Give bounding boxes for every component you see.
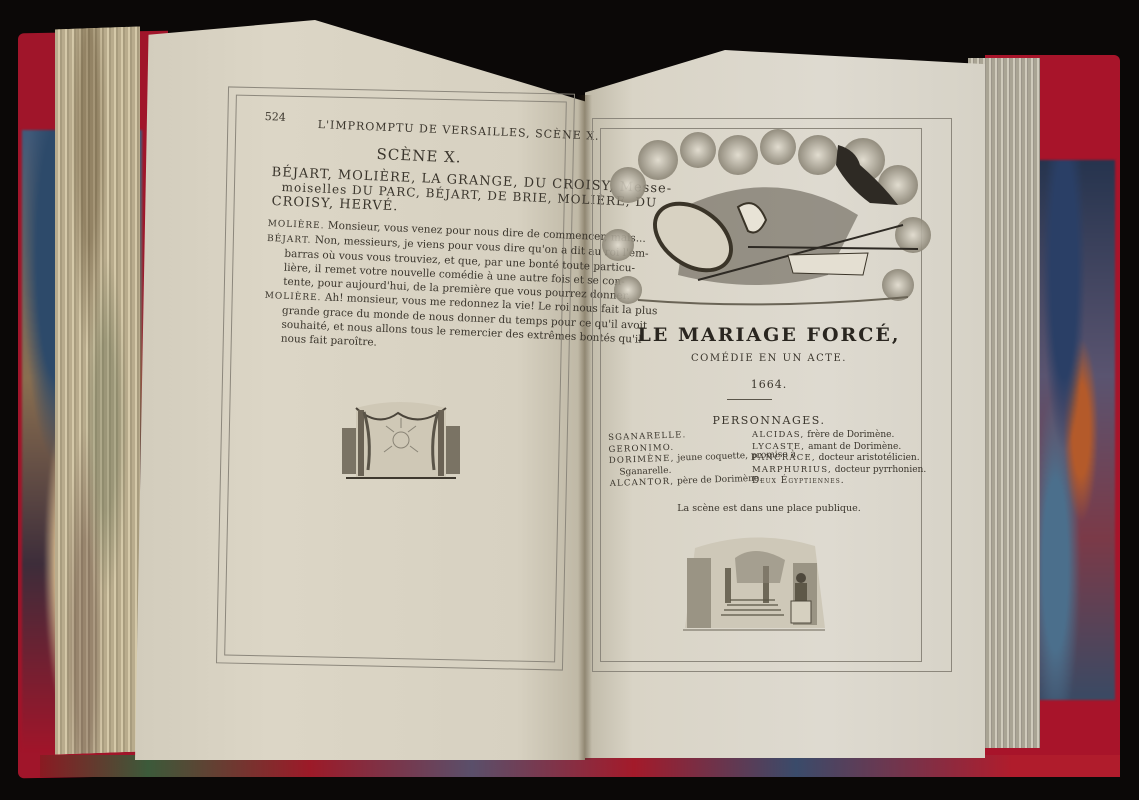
speaker: MOLIÈRE. <box>264 291 321 303</box>
divider-rule <box>727 399 772 400</box>
cast-item: MARPHURIUS, docteur pyrrhonien. <box>752 465 922 477</box>
play-year: 1664. <box>610 378 928 391</box>
theatre-stage-vignette-icon <box>338 398 463 490</box>
garden-stairs-vignette-icon <box>675 528 835 640</box>
cast-list-right: ALCIDAS, frère de Dorimène. LYCASTE, ama… <box>752 430 922 488</box>
cast-item: ALCIDAS, frère de Dorimène. <box>752 430 922 442</box>
marbled-fore-edge-left <box>55 27 140 755</box>
personnages-heading: PERSONNAGES. <box>610 414 928 427</box>
scene-note: La scène est dans une place publique. <box>610 503 928 514</box>
cast-item: Deux Égyptiennes. <box>752 476 922 488</box>
scene-heading: SCÈNE X. <box>376 145 462 167</box>
marbled-board-right <box>1030 160 1115 700</box>
page-number: 524 <box>264 110 286 124</box>
speaker: MOLIÈRE. <box>267 219 324 231</box>
dialogue-block: MOLIÈRE. Monsieur, vous venez pour nous … <box>263 216 568 357</box>
play-subtitle: COMÉDIE EN UN ACTE. <box>610 353 928 364</box>
headpiece-engraving-icon <box>598 125 934 315</box>
cast-item: PANCRACE, docteur aristotélicien. <box>752 453 922 465</box>
cast-list-left: SGANARELLE. GERONIMO. DORIMÈNE, jeune co… <box>608 428 760 491</box>
play-title: LE MARIAGE FORCÉ, <box>610 324 928 346</box>
speaker: BÉJART. <box>267 234 312 246</box>
cast-item: LYCASTE, amant de Dorimène. <box>752 442 922 454</box>
